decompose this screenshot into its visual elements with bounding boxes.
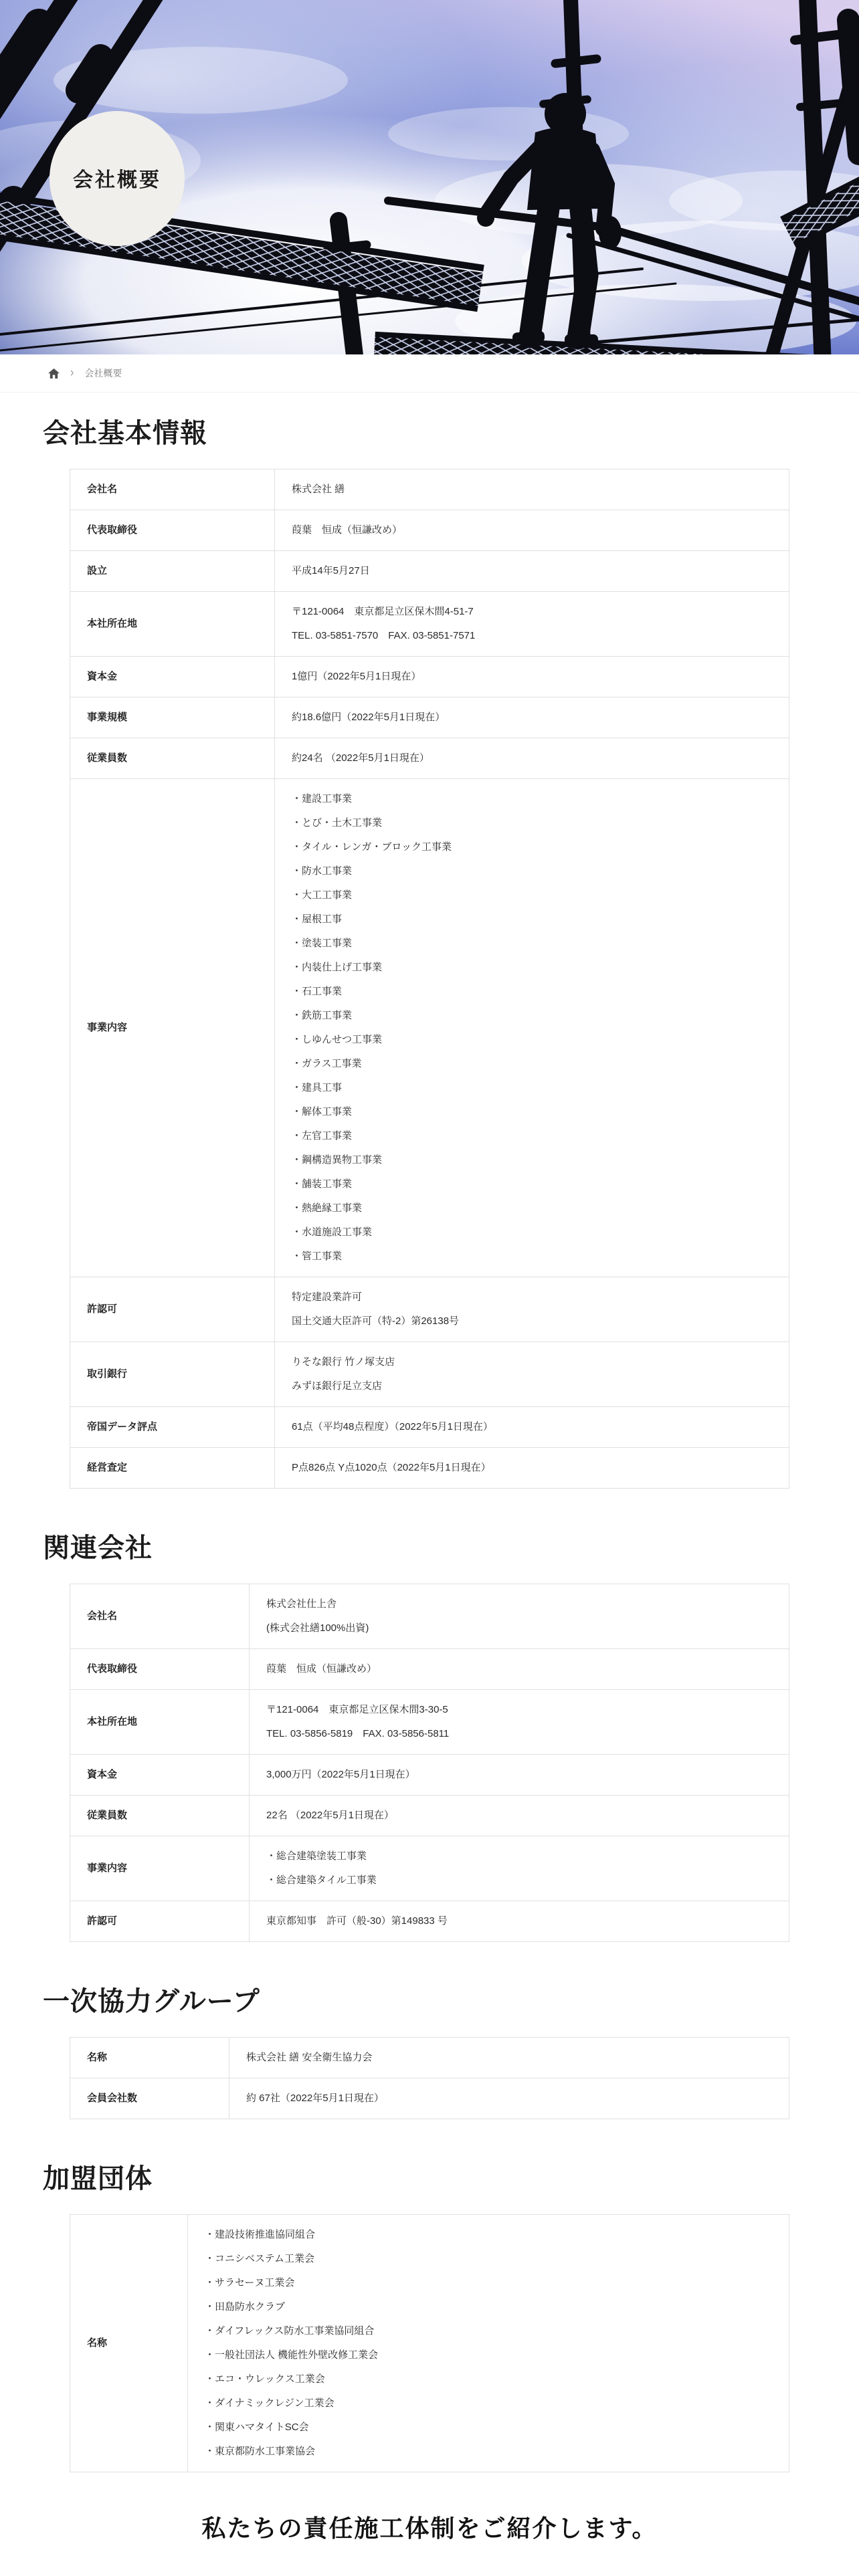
row-value: P点826点 Y点1020点（2022年5月1日現在） — [275, 1448, 789, 1489]
section-heading-related: 関連会社 — [43, 1531, 789, 1565]
row-label: 代表取締役 — [70, 1649, 250, 1690]
row-value: ・建設工事業 ・とび・土木工事業 ・タイル・レンガ・ブロック工事業 ・防水工事業… — [275, 779, 789, 1277]
row-label: 名称 — [70, 2215, 188, 2472]
row-value: 平成14年5月27日 — [275, 551, 789, 592]
company-basic-table: 会社名株式会社 繕 代表取締役葭葉 恒成（恒謙改め） 設立平成14年5月27日 … — [70, 469, 789, 1489]
row-label: 本社所在地 — [70, 1690, 250, 1755]
table-row: 設立平成14年5月27日 — [70, 551, 789, 592]
row-value: 株式会社 繕 — [275, 469, 789, 510]
row-value: 特定建設業許可 国土交通大臣許可（特-2）第26138号 — [275, 1277, 789, 1342]
section-heading-org: 加盟団体 — [43, 2162, 789, 2195]
row-value: 約 67社（2022年5月1日現在） — [229, 2078, 789, 2119]
breadcrumb-current: 会社概要 — [84, 366, 122, 380]
section-heading-group: 一次協力グループ — [43, 1985, 789, 2018]
row-label: 本社所在地 — [70, 592, 275, 657]
chevron-right-icon: › — [70, 366, 74, 381]
table-row: 許認可東京都知事 許可（般-30）第149833 号 — [70, 1901, 789, 1942]
table-row: 従業員数約24名 （2022年5月1日現在） — [70, 738, 789, 779]
home-icon[interactable] — [48, 368, 60, 379]
table-row: 資本金1億円（2022年5月1日現在） — [70, 657, 789, 697]
row-label: 資本金 — [70, 1755, 250, 1796]
table-row: 本社所在地〒121-0064 東京都足立区保木間4-51-7 TEL. 03-5… — [70, 592, 789, 657]
row-label: 事業規模 — [70, 697, 275, 738]
table-row: 経営査定P点826点 Y点1020点（2022年5月1日現在） — [70, 1448, 789, 1489]
row-label: 許認可 — [70, 1901, 250, 1942]
breadcrumb: › 会社概要 — [0, 354, 859, 393]
related-company-table: 会社名株式会社仕上舎 (株式会社繕100%出資) 代表取締役葭葉 恒成（恒謙改め… — [70, 1584, 789, 1942]
row-label: 会社名 — [70, 1584, 250, 1649]
table-row: 従業員数22名 （2022年5月1日現在） — [70, 1796, 789, 1836]
row-value: 〒121-0064 東京都足立区保木間3-30-5 TEL. 03-5856-5… — [250, 1690, 789, 1755]
table-row: 代表取締役葭葉 恒成（恒謙改め） — [70, 1649, 789, 1690]
row-value: 22名 （2022年5月1日現在） — [250, 1796, 789, 1836]
row-value: ・総合建築塗装工事業 ・総合建築タイル工事業 — [250, 1836, 789, 1901]
row-label: 従業員数 — [70, 1796, 250, 1836]
row-value: 東京都知事 許可（般-30）第149833 号 — [250, 1901, 789, 1942]
page-badge-label: 会社概要 — [73, 169, 161, 191]
table-row: 会社名株式会社仕上舎 (株式会社繕100%出資) — [70, 1584, 789, 1649]
main-content: 会社基本情報 会社名株式会社 繕 代表取締役葭葉 恒成（恒謙改め） 設立平成14… — [0, 417, 859, 2544]
row-label: 資本金 — [70, 657, 275, 697]
row-value: 〒121-0064 東京都足立区保木間4-51-7 TEL. 03-5851-7… — [275, 592, 789, 657]
table-row: 事業内容・総合建築塗装工事業 ・総合建築タイル工事業 — [70, 1836, 789, 1901]
row-label: 従業員数 — [70, 738, 275, 779]
member-organizations-table: 名称・建設技術推進協同組合 ・コニシベステム工業会 ・サラセーヌ工業会 ・田島防… — [70, 2214, 789, 2472]
row-value: 約24名 （2022年5月1日現在） — [275, 738, 789, 779]
row-value: 61点（平均48点程度）（2022年5月1日現在） — [275, 1407, 789, 1448]
row-label: 帝国データ評点 — [70, 1407, 275, 1448]
row-value: 1億円（2022年5月1日現在） — [275, 657, 789, 697]
table-row: 許認可特定建設業許可 国土交通大臣許可（特-2）第26138号 — [70, 1277, 789, 1342]
table-row: 名称株式会社 繕 安全衛生協力会 — [70, 2038, 789, 2078]
row-value: 葭葉 恒成（恒謙改め） — [275, 510, 789, 551]
table-row: 会社名株式会社 繕 — [70, 469, 789, 510]
row-label: 経営査定 — [70, 1448, 275, 1489]
table-row: 本社所在地〒121-0064 東京都足立区保木間3-30-5 TEL. 03-5… — [70, 1690, 789, 1755]
table-row: 取引銀行りそな銀行 竹ノ塚支店 みずほ銀行足立支店 — [70, 1342, 789, 1407]
page-badge: 会社概要 — [50, 111, 185, 246]
hero-photo: 会社概要 — [0, 0, 859, 354]
table-row: 事業規模約18.6億円（2022年5月1日現在） — [70, 697, 789, 738]
row-label: 事業内容 — [70, 779, 275, 1277]
row-value: 3,000万円（2022年5月1日現在） — [250, 1755, 789, 1796]
row-label: 会員会社数 — [70, 2078, 229, 2119]
row-label: 名称 — [70, 2038, 229, 2078]
row-label: 設立 — [70, 551, 275, 592]
row-label: 取引銀行 — [70, 1342, 275, 1407]
row-value: 葭葉 恒成（恒謙改め） — [250, 1649, 789, 1690]
table-row: 資本金3,000万円（2022年5月1日現在） — [70, 1755, 789, 1796]
table-row: 名称・建設技術推進協同組合 ・コニシベステム工業会 ・サラセーヌ工業会 ・田島防… — [70, 2215, 789, 2472]
row-label: 会社名 — [70, 469, 275, 510]
row-value: 株式会社仕上舎 (株式会社繕100%出資) — [250, 1584, 789, 1649]
row-value: 株式会社 繕 安全衛生協力会 — [229, 2038, 789, 2078]
section-heading-basic: 会社基本情報 — [43, 417, 789, 450]
row-value: ・建設技術推進協同組合 ・コニシベステム工業会 ・サラセーヌ工業会 ・田島防水ク… — [188, 2215, 789, 2472]
row-value: りそな銀行 竹ノ塚支店 みずほ銀行足立支店 — [275, 1342, 789, 1407]
hero-image: 会社概要 — [0, 0, 859, 354]
table-row: 帝国データ評点61点（平均48点程度）（2022年5月1日現在） — [70, 1407, 789, 1448]
row-label: 代表取締役 — [70, 510, 275, 551]
row-value: 約18.6億円（2022年5月1日現在） — [275, 697, 789, 738]
cooperation-group-table: 名称株式会社 繕 安全衛生協力会 会員会社数約 67社（2022年5月1日現在） — [70, 2037, 789, 2119]
table-row: 会員会社数約 67社（2022年5月1日現在） — [70, 2078, 789, 2119]
row-label: 事業内容 — [70, 1836, 250, 1901]
row-label: 許認可 — [70, 1277, 275, 1342]
table-row: 事業内容・建設工事業 ・とび・土木工事業 ・タイル・レンガ・ブロック工事業 ・防… — [70, 779, 789, 1277]
footer-message: 私たちの責任施工体制をご紹介します。 — [70, 2510, 789, 2544]
table-row: 代表取締役葭葉 恒成（恒謙改め） — [70, 510, 789, 551]
